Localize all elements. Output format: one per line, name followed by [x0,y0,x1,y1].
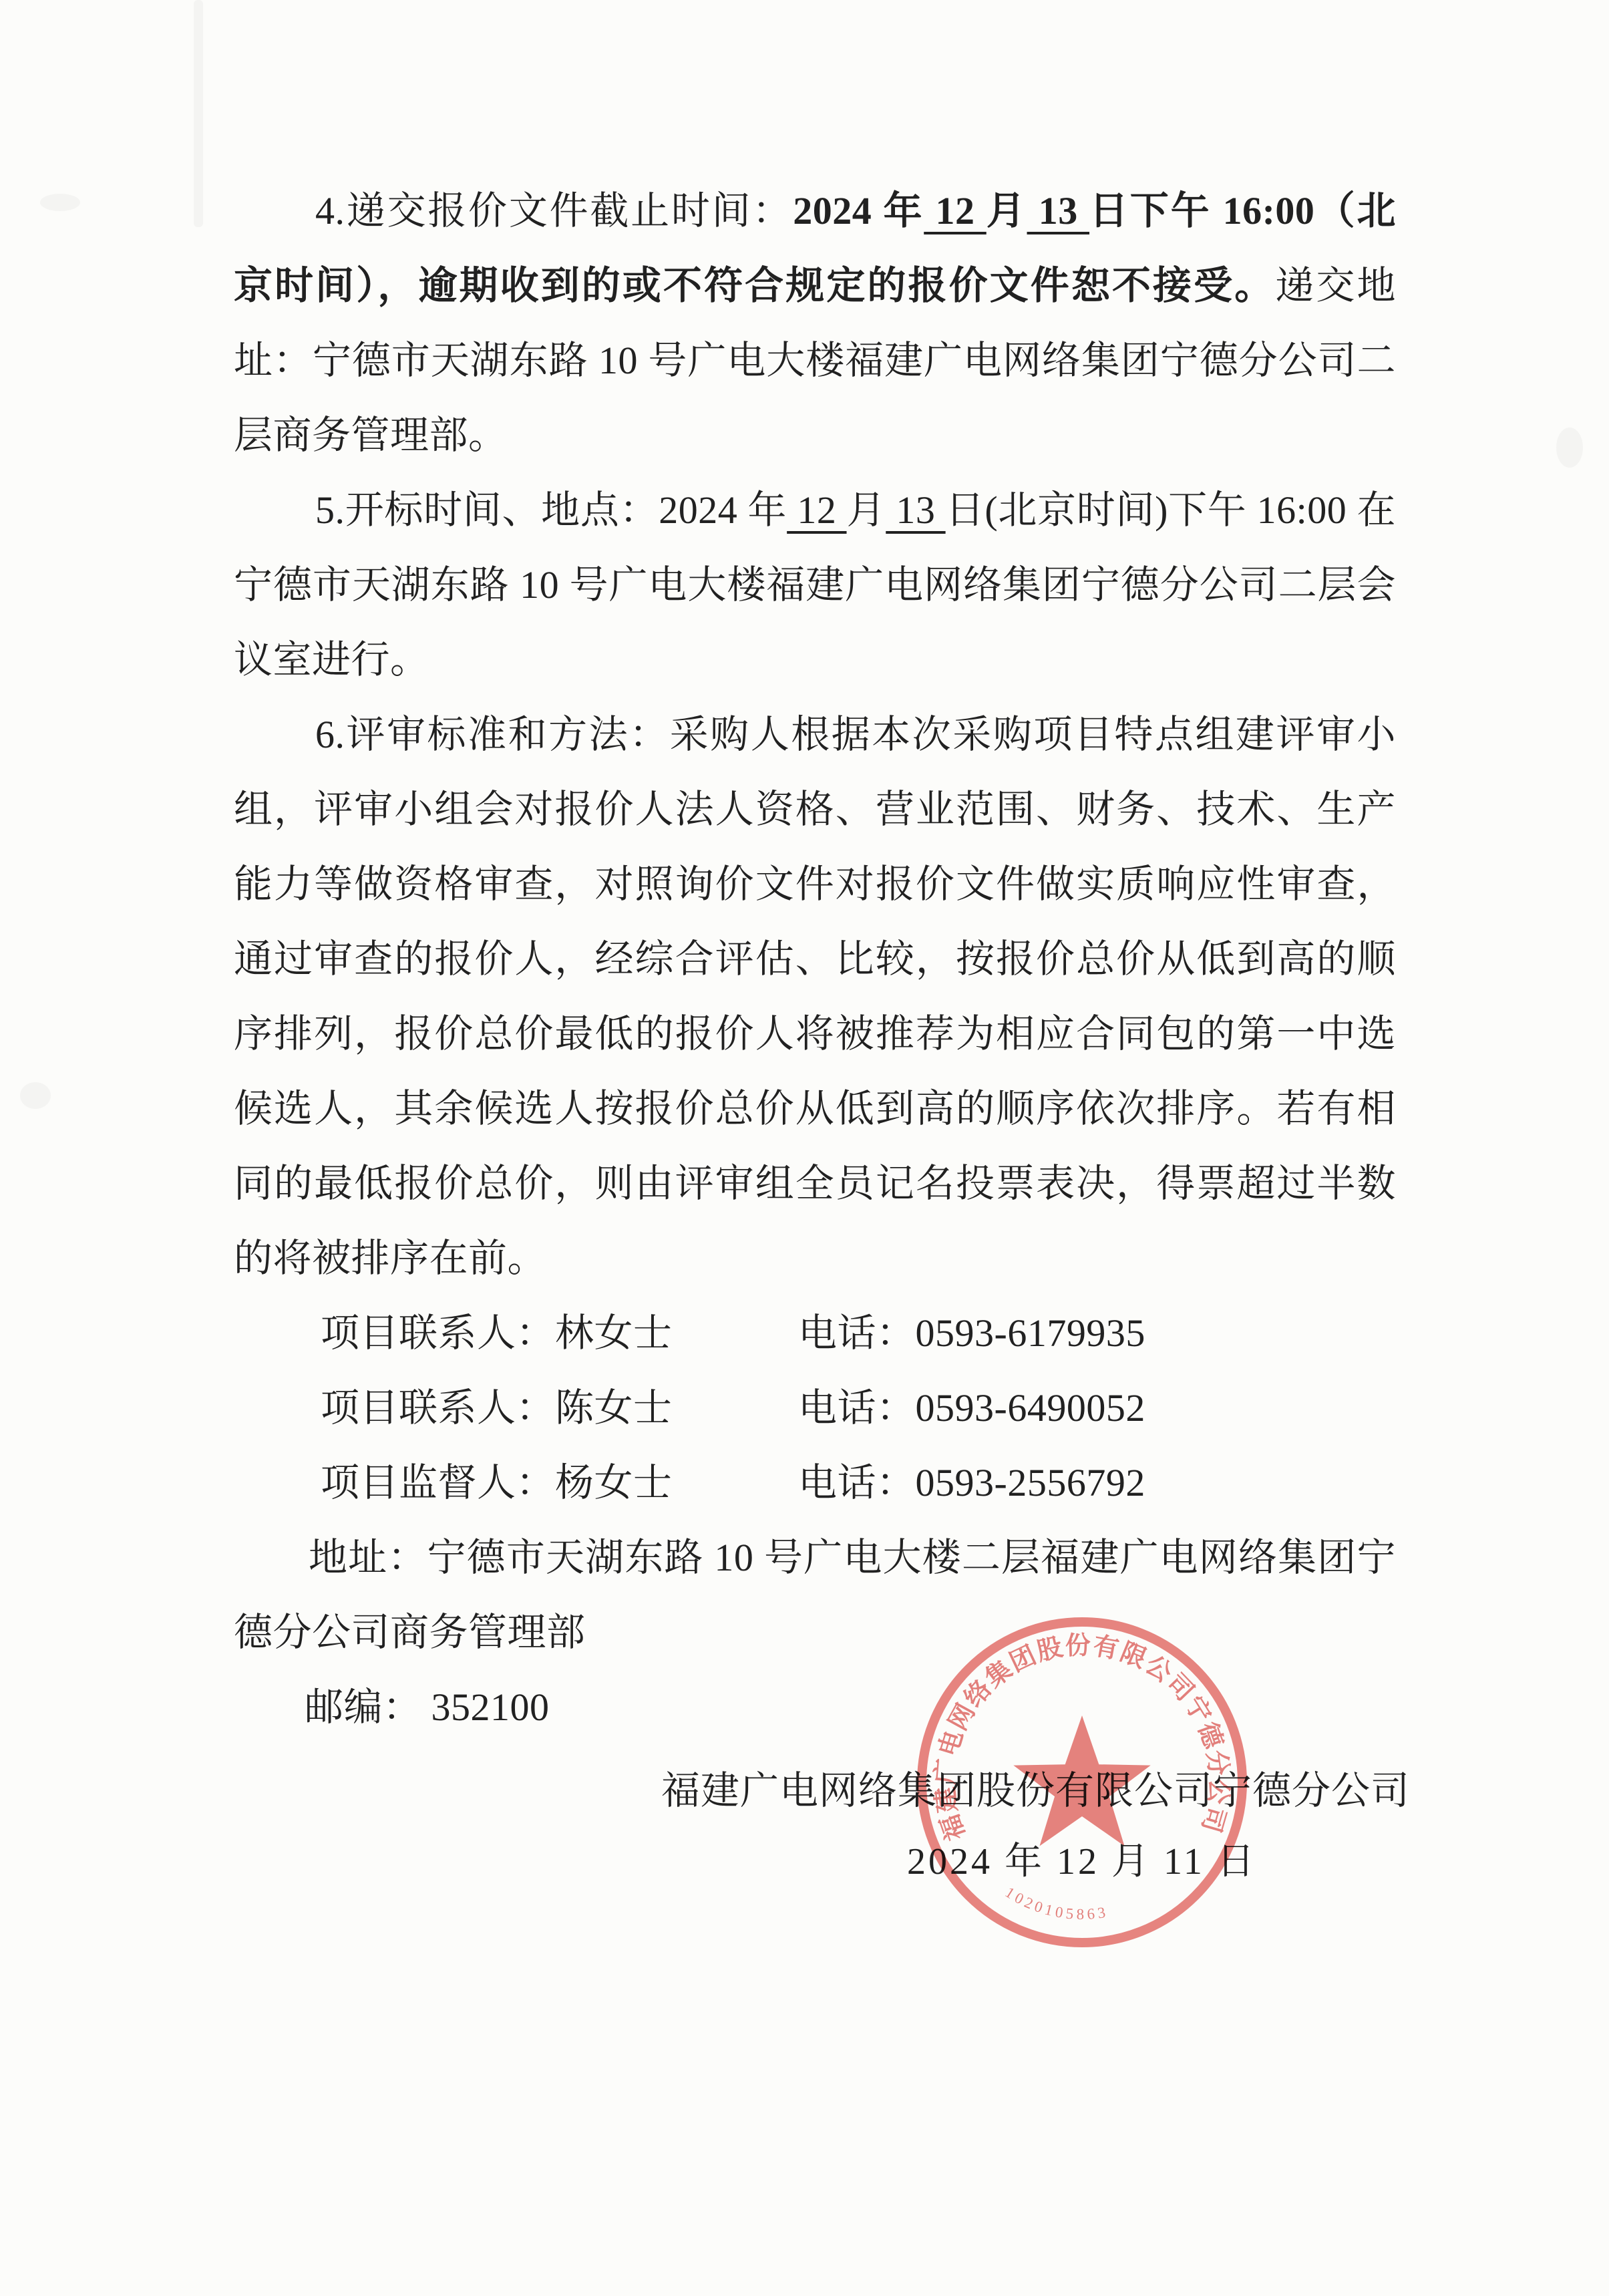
contact-3-phone-label: 电话： [798,1461,916,1504]
p4-deadline-date: 2024 年 [793,189,924,232]
p4-day-underlined: 13 [1027,189,1090,232]
paragraph-4-deadline: 4.递交报价文件截止时间：2024 年 12 月 13 日下午 16:00（北京… [234,174,1396,473]
scanned-document-page: 4.递交报价文件截止时间：2024 年 12 月 13 日下午 16:00（北京… [0,0,1609,2296]
contact-2-name: 陈女士 [555,1386,673,1430]
scan-artifact [194,0,203,227]
p5-day-underlined: 13 [886,488,945,532]
contact-2-label: 项目联系人： [321,1386,555,1430]
contact-1-phone-number: 0593-6179935 [916,1311,1145,1355]
contact-3-name: 杨女士 [555,1461,673,1504]
contact-row-2: 项目联系人：陈女士 电话：0593-6490052 [234,1371,1396,1446]
scan-artifact [1556,428,1583,468]
p4-lead-text: 4.递交报价文件截止时间： [315,189,793,232]
contact-2-phone: 电话：0593-6490052 [798,1371,1145,1446]
p5-month-underlined: 12 [787,488,846,532]
contact-3-phone: 电话：0593-2556792 [798,1446,1145,1520]
scan-artifact [40,194,80,211]
p4-warning-bold-text: 逾期收到的或不符合规定的报价文件恕不接受。 [418,264,1275,307]
p5-month-char: 月 [847,488,886,532]
contact-1-phone-label: 电话： [798,1311,916,1355]
postcode-label: 邮编： [305,1685,422,1729]
contact-1-phone: 电话：0593-6179935 [798,1296,1145,1371]
contact-2-phone-label: 电话： [798,1386,916,1430]
paragraph-5-bid-opening: 5.开标时间、地点：2024 年 12 月 13 日(北京时间)下午 16:00… [234,473,1396,697]
p4-month-underlined: 12 [924,189,987,232]
svg-text:1020105863: 1020105863 [1003,1884,1110,1923]
contact-1-name: 林女士 [555,1311,673,1355]
contact-3-label: 项目监督人： [321,1461,555,1504]
contact-2-phone-number: 0593-6490052 [916,1386,1145,1430]
document-body: 4.递交报价文件截止时间：2024 年 12 月 13 日下午 16:00（北京… [234,174,1396,1745]
contact-3-phone-number: 0593-2556792 [916,1461,1145,1504]
seal-serial-number: 1020105863 [1003,1884,1110,1923]
contact-1-label: 项目联系人： [321,1311,555,1355]
contact-row-3: 项目监督人：杨女士 电话：0593-2556792 [234,1446,1396,1520]
scan-artifact [20,1082,51,1109]
seal-star-icon [1013,1715,1150,1846]
p4-month-char: 月 [987,189,1027,232]
postcode-value: 352100 [431,1685,550,1729]
address-label: 地址： [309,1536,427,1579]
contact-row-1: 项目联系人：林女士 电话：0593-6179935 [234,1296,1396,1371]
paragraph-6-evaluation: 6.评审标准和方法：采购人根据本次采购项目特点组建评审小组，评审小组会对报价人法… [234,697,1396,1296]
p5-lead-text: 5.开标时间、地点：2024 年 [315,488,787,532]
company-seal-stamp: 福建广电网络集团股份有限公司宁德分公司 1020105863 [908,1609,1256,1956]
